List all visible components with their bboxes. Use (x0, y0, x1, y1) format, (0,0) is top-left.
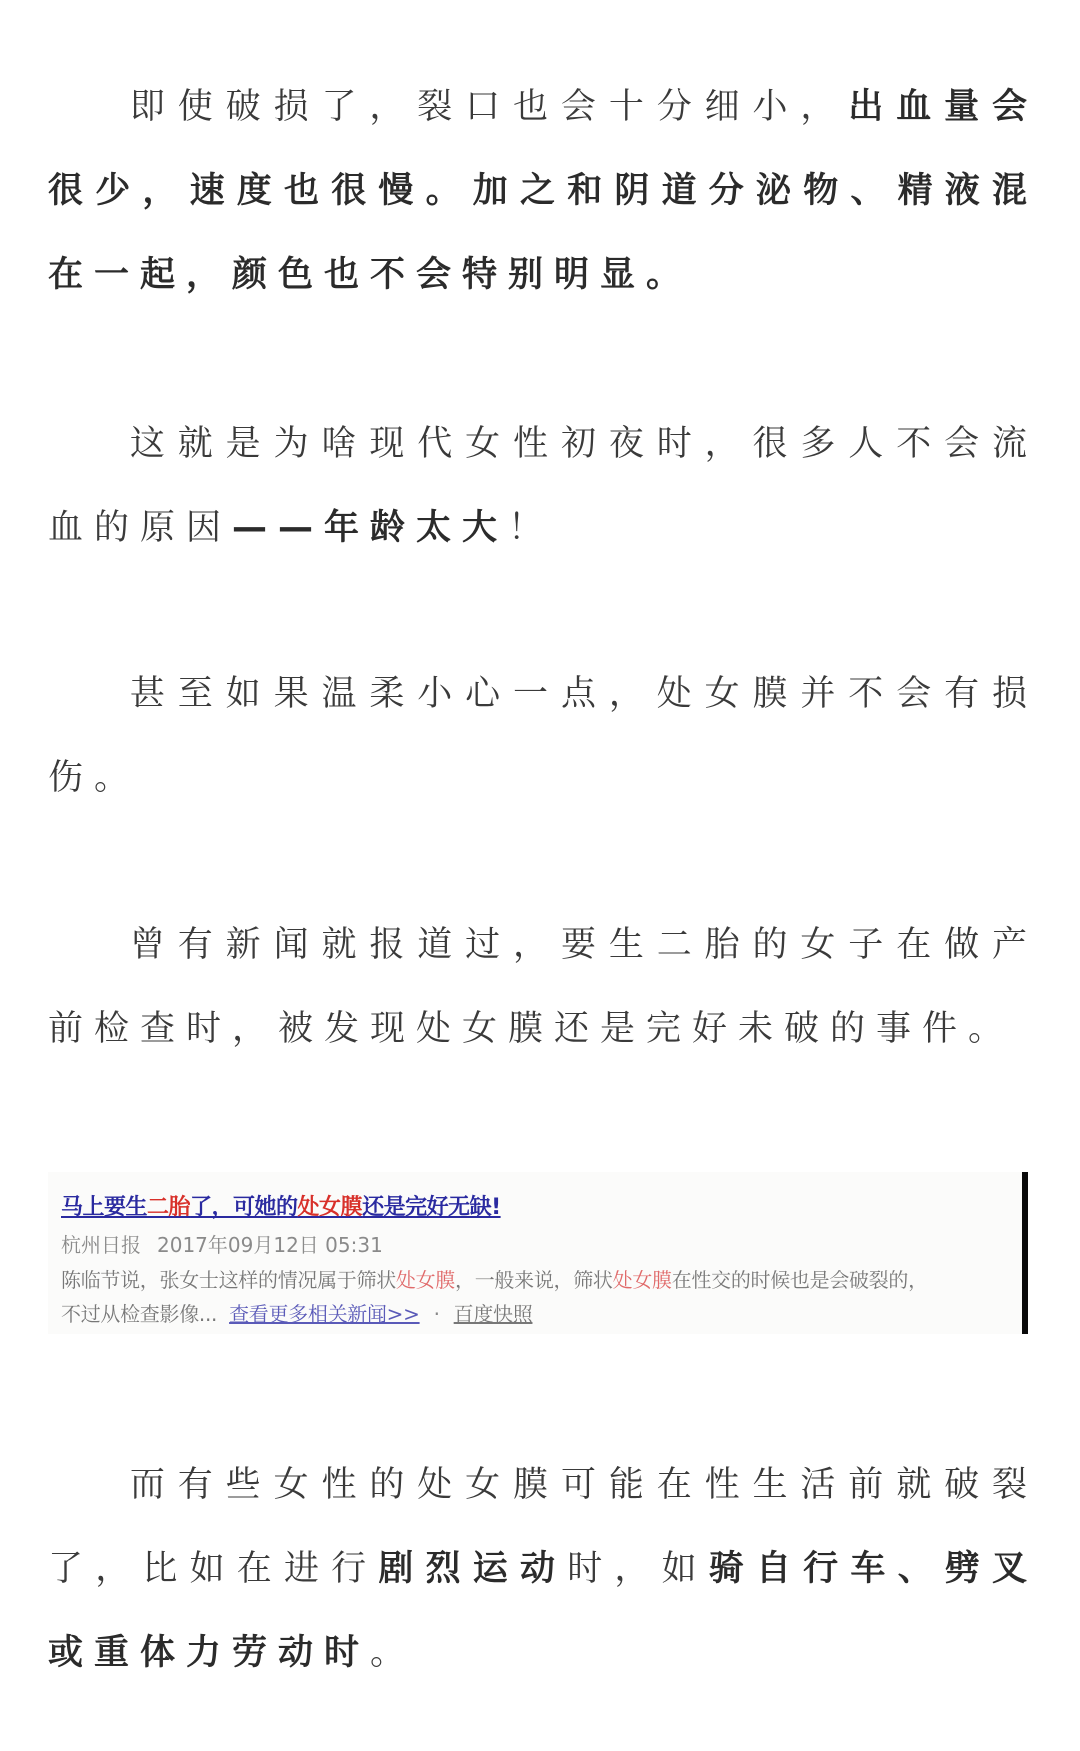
more-related-news-link[interactable]: 查看更多相关新闻>> (229, 1302, 420, 1326)
headline-text: 还是完好无缺! (362, 1195, 501, 1220)
paragraph-2: 这就是为啥现代女性初夜时，很多人不会流血的原因——年龄太大！ (48, 402, 1038, 570)
snippet-text: 不过从检查影像... (61, 1302, 217, 1326)
news-snippet-line-1: 陈临节说，张女士这样的情况属于筛状处女膜，一般来说，筛状处女膜在性交的时候也是会… (61, 1264, 928, 1293)
bold-text-segment: 剧烈运动 (378, 1549, 567, 1589)
news-headline-link[interactable]: 马上要生二胎了，可她的处女膜还是完好无缺! (61, 1190, 501, 1221)
headline-highlight: 处女膜 (298, 1195, 363, 1220)
text-segment: 时，如 (567, 1549, 709, 1589)
paragraph-1: 即使破损了，裂口也会十分细小，出血量会很少，速度也很慢。加之和阴道分泌物、精液混… (48, 65, 1038, 317)
bold-text-segment: ——年龄太大 (232, 508, 508, 548)
headline-text: 马上要生 (61, 1195, 147, 1220)
news-meta: 杭州日报2017年09月12日 05:31 (61, 1229, 383, 1258)
snippet-text: 在性交的时候也是会破裂的， (672, 1268, 928, 1292)
paragraph-5: 而有些女性的处女膜可能在性生活前就破裂了，比如在进行剧烈运动时，如骑自行车、劈叉… (48, 1443, 1038, 1695)
snippet-text: 陈临节说，张女士这样的情况属于筛状 (61, 1268, 396, 1292)
text-segment: 甚至如果温柔小心一点，处女膜并不会有损伤。 (48, 674, 1038, 798)
text-segment: 曾有新闻就报道过，要生二胎的女子在做产前检查时，被发现处女膜还是完好未破的事件。 (48, 925, 1038, 1049)
text-segment: ！ (508, 508, 554, 548)
snippet-highlight: 处女膜 (613, 1268, 672, 1292)
news-snippet-line-2: 不过从检查影像...查看更多相关新闻>>·百度快照 (61, 1298, 532, 1327)
baidu-cache-link[interactable]: 百度快照 (454, 1302, 533, 1326)
paragraph-3: 甚至如果温柔小心一点，处女膜并不会有损伤。 (48, 652, 1038, 820)
text-segment: 即使破损了，裂口也会十分细小， (128, 87, 848, 127)
snippet-text: ，一般来说，筛状 (455, 1268, 613, 1292)
headline-highlight: 二胎 (147, 1195, 190, 1220)
paragraph-4: 曾有新闻就报道过，要生二胎的女子在做产前检查时，被发现处女膜还是完好未破的事件。 (48, 903, 1038, 1071)
news-source: 杭州日报 (61, 1233, 141, 1257)
separator-dot: · (434, 1302, 440, 1326)
text-segment: 。 (370, 1633, 416, 1673)
headline-text: 了，可她的 (190, 1195, 298, 1220)
snippet-highlight: 处女膜 (396, 1268, 455, 1292)
news-search-result-card: 马上要生二胎了，可她的处女膜还是完好无缺! 杭州日报2017年09月12日 05… (48, 1172, 1028, 1334)
news-date: 2017年09月12日 05:31 (157, 1233, 383, 1257)
